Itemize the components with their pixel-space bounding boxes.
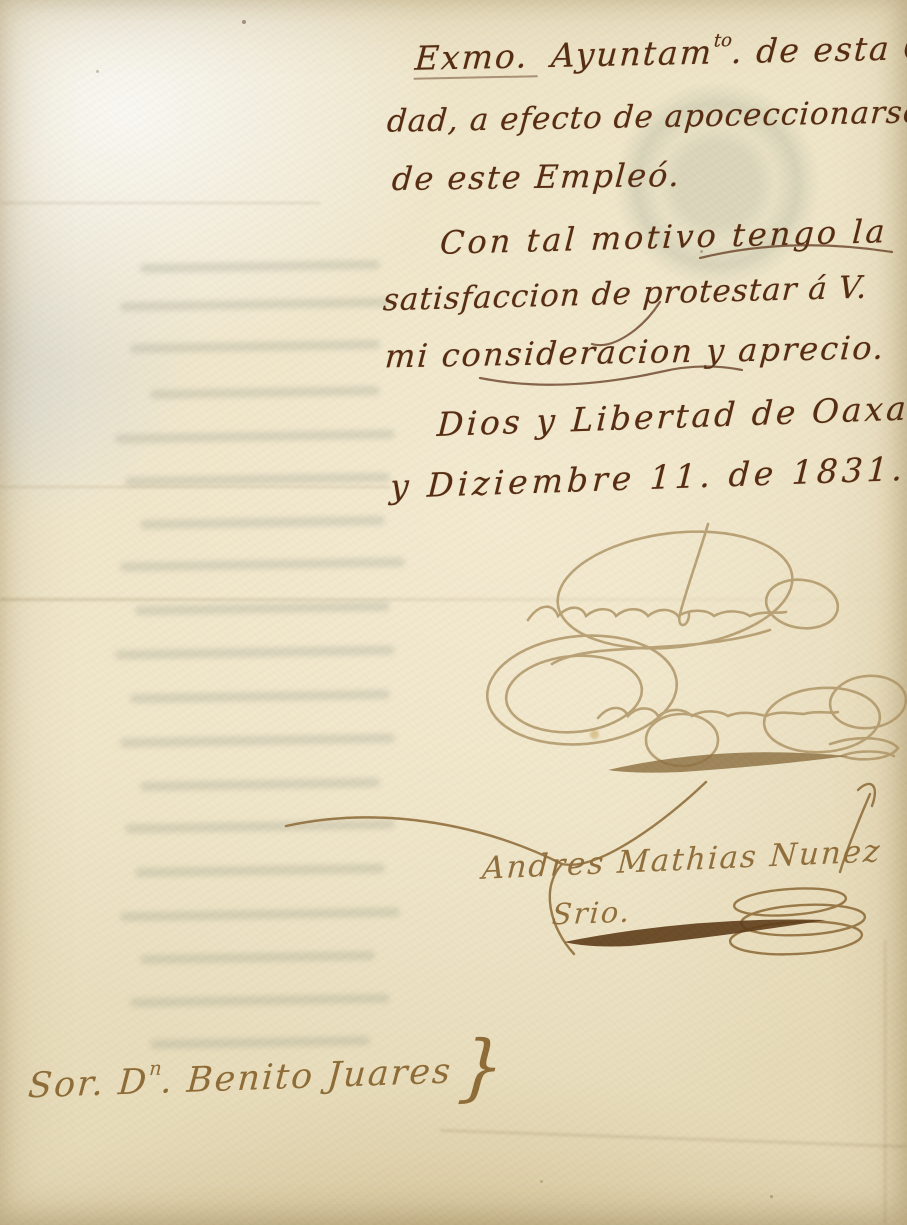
manuscript-page: Exmo. Ayuntamto. de esta Ciu dad, a efec… (0, 0, 907, 1225)
fold-crease-vertical (884, 940, 886, 1225)
pen-flourishes (0, 0, 907, 500)
foxing-spot (770, 1195, 773, 1198)
addressee-name: . Benito Juares (159, 1051, 453, 1101)
bleedthrough-line (130, 690, 390, 704)
bleedthrough-line (120, 558, 405, 572)
closing-brace: } (455, 1024, 509, 1110)
bleedthrough-line (140, 516, 385, 529)
bleedthrough-line (115, 646, 395, 660)
signature-title: Srio. (551, 895, 633, 932)
bleedthrough-line (120, 734, 395, 748)
addressee-pre: Sor. D (27, 1062, 150, 1106)
bleedthrough-line (150, 1036, 370, 1049)
bleedthrough-line (135, 602, 390, 615)
rubric-signature (470, 512, 905, 792)
foxing-spot (540, 1180, 543, 1183)
addressee-line: Sor. Dn. Benito Juares} (27, 1050, 508, 1107)
fold-crease (440, 1129, 907, 1148)
superscript-n: n (148, 1056, 162, 1080)
bleedthrough-line (130, 994, 390, 1008)
